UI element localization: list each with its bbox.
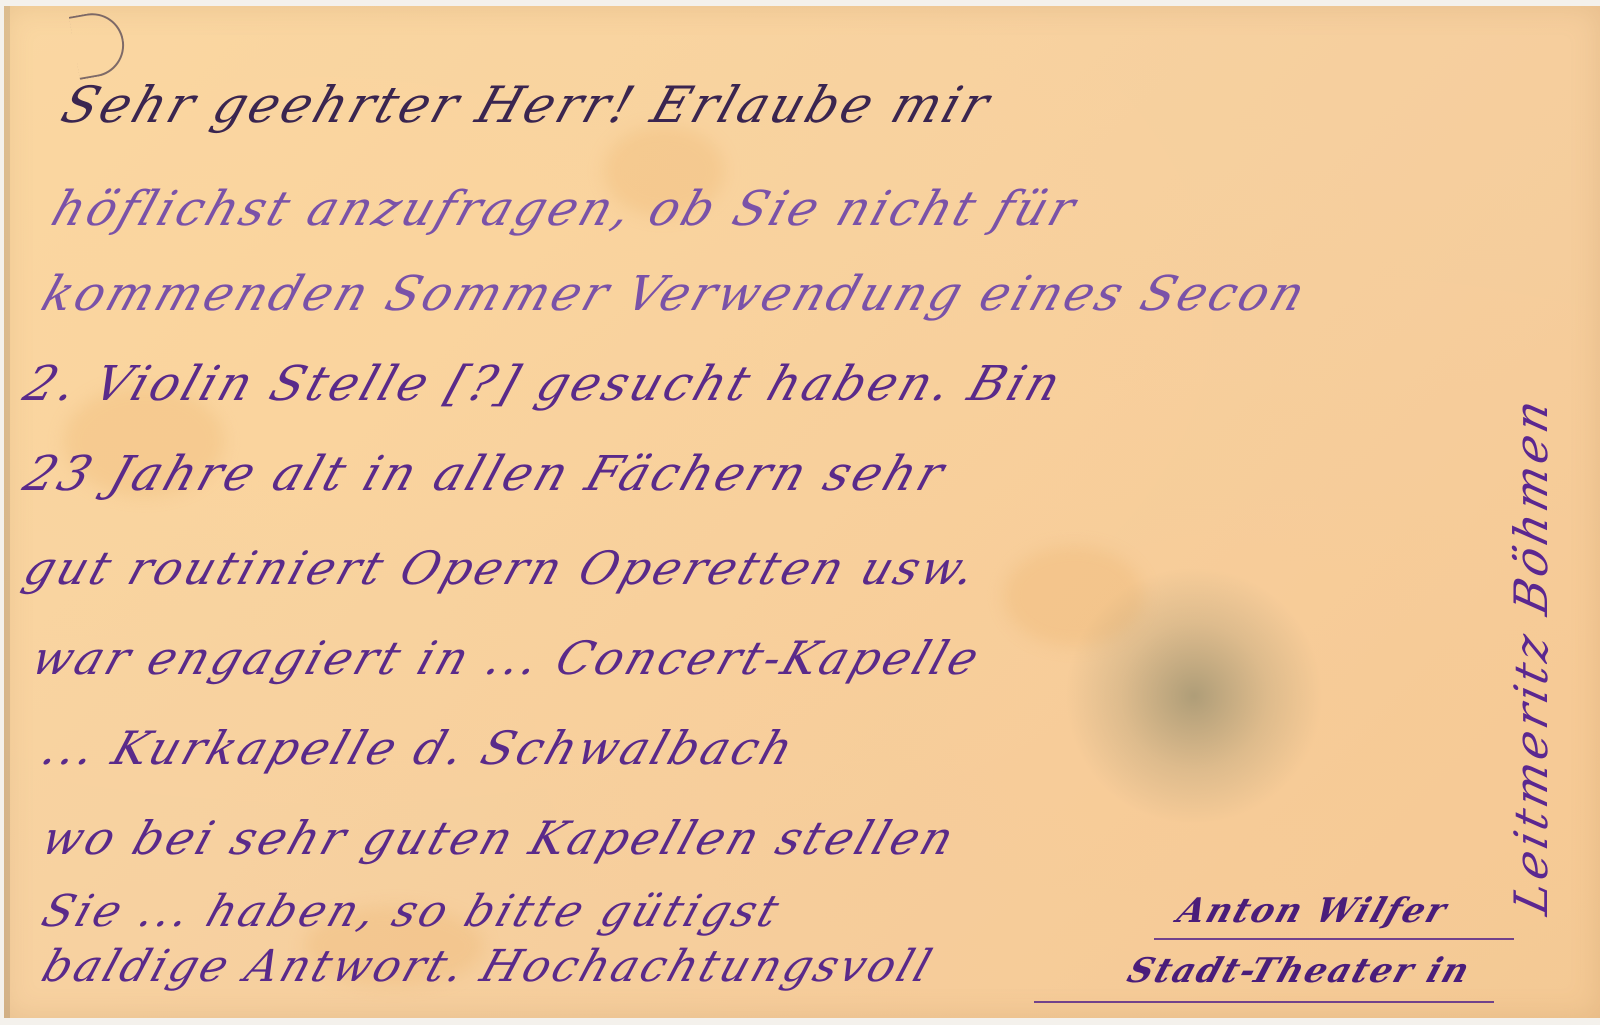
letter-line-8: ... Kurkapelle d. Schwalbach xyxy=(35,721,803,775)
letter-line-4: 2. Violin Stelle [?] gesucht haben. Bin xyxy=(17,356,1070,412)
letter-line-6: gut routiniert Opern Operetten usw. xyxy=(17,541,985,595)
postcard: Sehr geehrter Herr! Erlaube mir höflichs… xyxy=(4,6,1600,1018)
letter-line-5: 23 Jahre alt in allen Fächern sehr xyxy=(17,446,954,502)
affiliation-underline xyxy=(1034,1001,1494,1003)
letter-line-7: war engagiert in ... Concert-Kapelle xyxy=(25,631,988,685)
letter-line-11: baldige Antwort. Hochachtungsvoll xyxy=(36,941,941,992)
signature-name: Anton Wilfer xyxy=(1173,891,1454,931)
letter-line-2: höflichst anzufragen, ob Sie nicht für xyxy=(45,181,1085,237)
letter-line-9: wo bei sehr guten Kapellen stellen xyxy=(35,811,963,865)
signature-affiliation: Stadt-Theater in xyxy=(1123,951,1477,991)
letter-line-1: Sehr geehrter Herr! Erlaube mir xyxy=(55,76,1000,134)
letter-line-10: Sie ... haben, so bitte gütigst xyxy=(36,886,788,937)
pencil-corner-mark xyxy=(69,8,129,80)
margin-note-vertical: Leitmeritz Böhmen xyxy=(1504,391,1558,920)
signature-underline xyxy=(1154,938,1514,940)
postmark-smudge xyxy=(1064,566,1324,826)
letter-line-3: kommenden Sommer Verwendung eines Secon xyxy=(35,266,1315,322)
